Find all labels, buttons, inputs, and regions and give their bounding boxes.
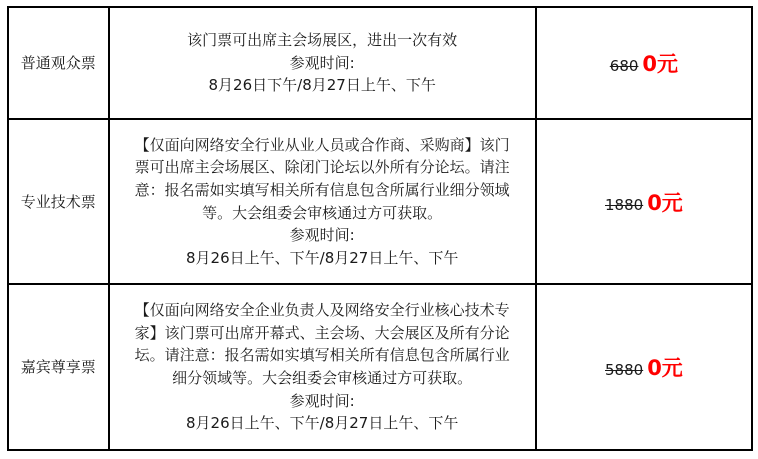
description-line: 票可出席主会场展区、除闭门论坛以外所有分论坛。请注 (116, 156, 529, 179)
visit-time-label: 参观时间: (116, 224, 529, 247)
original-price: 1880 (605, 196, 643, 214)
visit-time-label: 参观时间: (116, 390, 529, 413)
description-line: 等。大会组委会审核通过方可获取。 (116, 202, 529, 225)
description-line: 意：报名需如实填写相关所有信息包含所属行业细分领域 (116, 179, 529, 202)
table-row: 嘉宾尊享票 【仅面向网络安全企业负责人及网络安全行业核心技术专 家】该门票可出席… (8, 284, 752, 450)
ticket-name: 普通观众票 (8, 7, 109, 119)
visit-time-value: 8月26日上午、下午/8月27日上午、下午 (116, 247, 529, 270)
original-price: 680 (610, 57, 639, 75)
description-line: 【仅面向网络安全企业负责人及网络安全行业核心技术专 (116, 299, 529, 322)
description-line: 【仅面向网络安全行业从业人员或合作商、采购商】该门 (116, 134, 529, 157)
discount-price: 0元 (647, 191, 683, 215)
description-line: 细分领域等。大会组委会审核通过方可获取。 (116, 367, 529, 390)
visit-time-value: 8月26日上午、下午/8月27日上午、下午 (116, 412, 529, 435)
ticket-description: 该门票可出席主会场展区，进出一次有效 参观时间: 8月26日下午/8月27日上午… (109, 7, 536, 119)
description-line: 坛。请注意：报名需如实填写相关所有信息包含所属行业 (116, 344, 529, 367)
ticket-description: 【仅面向网络安全企业负责人及网络安全行业核心技术专 家】该门票可出席开幕式、主会… (109, 284, 536, 450)
ticket-price: 58800元 (536, 284, 752, 450)
visit-time-value: 8月26日下午/8月27日上午、下午 (116, 74, 529, 97)
original-price: 5880 (605, 361, 643, 379)
ticket-name: 专业技术票 (8, 119, 109, 284)
ticket-name: 嘉宾尊享票 (8, 284, 109, 450)
table-row: 专业技术票 【仅面向网络安全行业从业人员或合作商、采购商】该门 票可出席主会场展… (8, 119, 752, 284)
description-line: 该门票可出席主会场展区，进出一次有效 (116, 29, 529, 52)
description-line: 家】该门票可出席开幕式、主会场、大会展区及所有分论 (116, 322, 529, 345)
ticket-table: 普通观众票 该门票可出席主会场展区，进出一次有效 参观时间: 8月26日下午/8… (7, 6, 753, 451)
discount-price: 0元 (642, 52, 678, 76)
ticket-price: 18800元 (536, 119, 752, 284)
discount-price: 0元 (647, 356, 683, 380)
ticket-description: 【仅面向网络安全行业从业人员或合作商、采购商】该门 票可出席主会场展区、除闭门论… (109, 119, 536, 284)
table-row: 普通观众票 该门票可出席主会场展区，进出一次有效 参观时间: 8月26日下午/8… (8, 7, 752, 119)
ticket-price: 6800元 (536, 7, 752, 119)
visit-time-label: 参观时间: (116, 52, 529, 75)
